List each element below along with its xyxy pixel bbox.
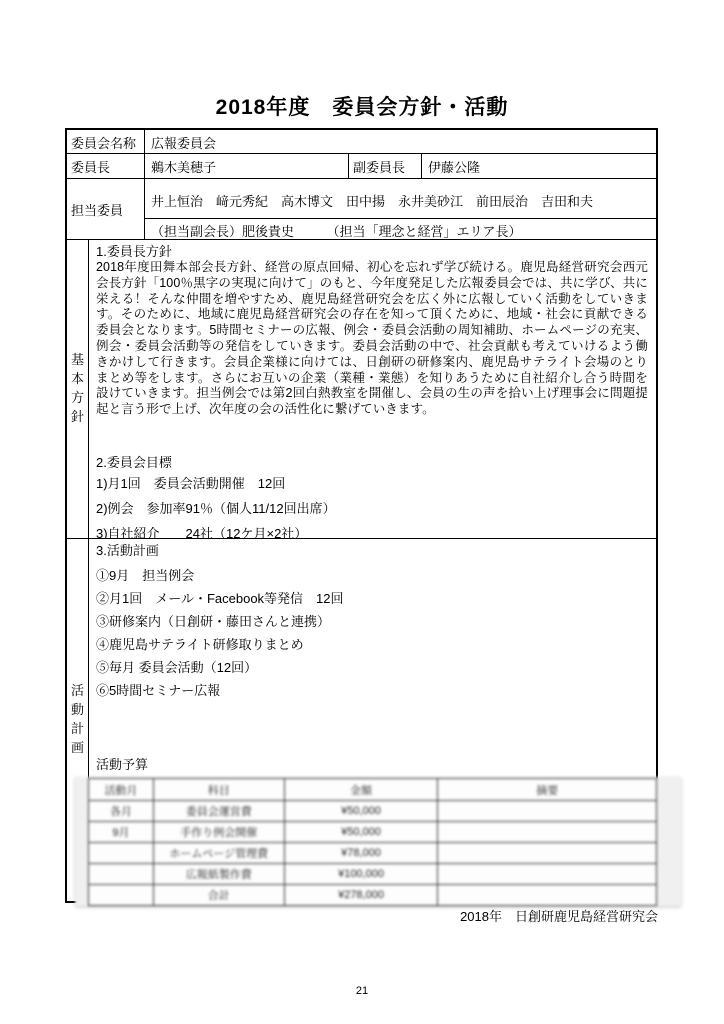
budget-row: 9月 手作り例会開催 ¥50,000 <box>89 822 657 843</box>
budget-total-amount: ¥278,000 <box>284 885 438 906</box>
budget-col-item: 科目 <box>153 779 284 801</box>
budget-note <box>438 885 657 906</box>
basic-policy-row: 基本方針 1.委員長方針 2018年度田舞本部会長方針、経営の原点回帰、初心を忘… <box>67 240 656 539</box>
plan-item: ④鹿児島サテライト研修取りまとめ <box>96 633 648 656</box>
budget-row: 広報紙製作費 ¥100,000 <box>89 864 657 885</box>
budget-table: 活動月 科目 金額 摘要 各月 委員会運営費 ¥50,000 9月 手作り例会開… <box>88 778 657 906</box>
members-label: 担当委員 <box>67 179 145 239</box>
members-subcolumn: 井上恒治 﨑元秀紀 高木博文 田中揚 永井美砂江 前田辰治 吉田和夫 （担当副会… <box>145 179 656 239</box>
committee-name-value: 広報委員会 <box>145 130 656 153</box>
budget-month <box>89 864 154 885</box>
organization-credit: 2018年 日創研鹿児島経営研究会 <box>460 906 658 925</box>
budget-amount: ¥78,000 <box>284 843 438 864</box>
budget-amount: ¥50,000 <box>284 822 438 843</box>
activity-plan-heading: 3.活動計画 <box>96 543 648 559</box>
chair-row: 委員長 鵜木美穂子 副委員長 伊藤公隆 <box>67 154 656 179</box>
budget-col-month: 活動月 <box>89 779 154 801</box>
committee-name-row: 委員会名称 広報委員会 <box>67 130 656 154</box>
budget-col-note: 摘要 <box>438 779 657 801</box>
plan-item: ②月1回 メール・Facebook等発信 12回 <box>96 587 648 610</box>
budget-amount: ¥50,000 <box>284 801 438 822</box>
chair-policy-heading: 1.委員長方針 <box>96 244 648 260</box>
committee-goals-heading: 2.委員会目標 <box>96 455 648 471</box>
plan-item: ③研修案内（日創研・藤田さんと連携） <box>96 610 648 633</box>
goal-item: 1)月1回 委員会活動開催 12回 <box>96 471 648 496</box>
budget-col-amount: 金額 <box>284 779 438 801</box>
vice-chair-label: 副委員長 <box>349 154 422 178</box>
budget-month: 9月 <box>89 822 154 843</box>
budget-table-blurred-region: 活動月 科目 金額 摘要 各月 委員会運営費 ¥50,000 9月 手作り例会開… <box>75 777 681 906</box>
page-number: 21 <box>0 985 724 997</box>
budget-note <box>438 843 657 864</box>
vice-chair-value: 伊藤公隆 <box>422 154 656 178</box>
basic-policy-content: 1.委員長方針 2018年度田舞本部会長方針、経営の原点回帰、初心を忘れず学び続… <box>89 240 656 538</box>
budget-item: 広報紙製作費 <box>153 864 284 885</box>
budget-header-row: 活動月 科目 金額 摘要 <box>89 779 657 801</box>
budget-month <box>89 885 154 906</box>
budget-month <box>89 843 154 864</box>
budget-total-label: 合計 <box>153 885 284 906</box>
basic-policy-side-label: 基本方針 <box>67 240 89 538</box>
budget-heading: 活動予算 <box>96 757 648 773</box>
deputy-chair-value: （担当副会長）肥後貴史 （担当「理念と経営」エリア長） <box>145 219 656 239</box>
document-page: 2018年度 委員会方針・活動 委員会名称 広報委員会 委員長 鵜木美穂子 副委… <box>0 0 724 1024</box>
plan-item: ①9月 担当例会 <box>96 564 648 587</box>
chair-label: 委員長 <box>67 154 145 178</box>
chair-policy-text: 2018年度田舞本部会長方針、経営の原点回帰、初心を忘れず学び続ける。鹿児島経営… <box>96 260 648 418</box>
plan-item: ⑤毎月 委員会活動（12回） <box>96 656 648 679</box>
plan-item: ⑥5時間セミナー広報 <box>96 679 648 702</box>
budget-note <box>438 864 657 885</box>
budget-item: 委員会運営費 <box>153 801 284 822</box>
members-row: 担当委員 井上恒治 﨑元秀紀 高木博文 田中揚 永井美砂江 前田辰治 吉田和夫 … <box>67 179 656 240</box>
members-value: 井上恒治 﨑元秀紀 高木博文 田中揚 永井美砂江 前田辰治 吉田和夫 <box>145 179 656 219</box>
budget-amount: ¥100,000 <box>284 864 438 885</box>
budget-item: ホームページ管理費 <box>153 843 284 864</box>
goal-item: 3)自社紹介 24社（12ケ月×2社） <box>96 521 648 538</box>
budget-note <box>438 801 657 822</box>
page-title: 2018年度 委員会方針・活動 <box>0 91 724 121</box>
chair-value: 鵜木美穂子 <box>145 154 349 178</box>
budget-row: 各月 委員会運営費 ¥50,000 <box>89 801 657 822</box>
budget-item: 手作り例会開催 <box>153 822 284 843</box>
budget-row: ホームページ管理費 ¥78,000 <box>89 843 657 864</box>
budget-note <box>438 822 657 843</box>
budget-month: 各月 <box>89 801 154 822</box>
goal-item: 2)例会 参加率91％（個人11/12回出席） <box>96 496 648 521</box>
committee-name-label: 委員会名称 <box>67 130 145 153</box>
budget-total-row: 合計 ¥278,000 <box>89 885 657 906</box>
